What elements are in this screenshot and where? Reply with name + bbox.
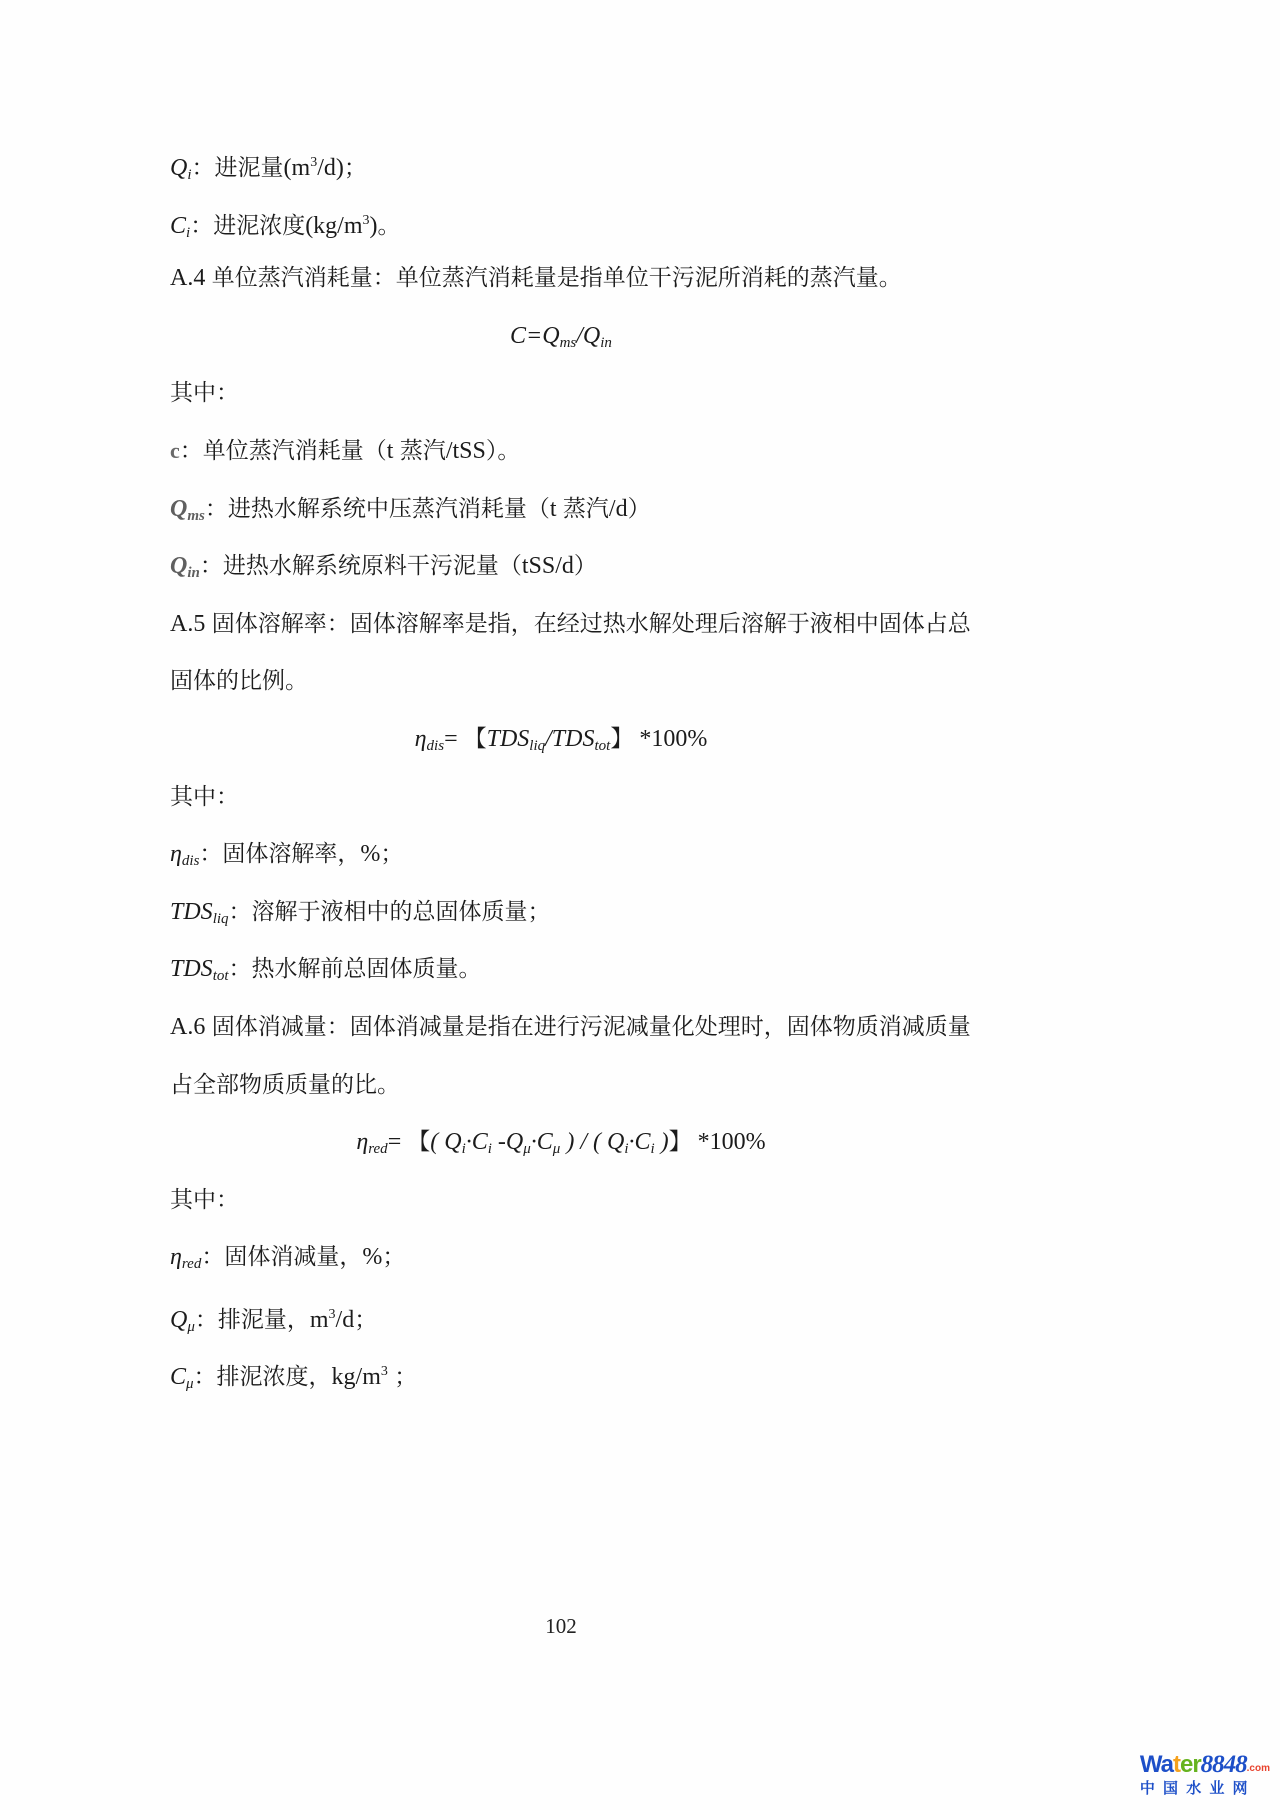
text-segment: η [356,1129,368,1155]
text-segment: ·C [466,1129,488,1155]
text-line: TDStot：热水解前总固体质量。 [170,940,952,998]
text-segment: ：热水解前总固体质量。 [229,955,482,981]
text-segment: (kg/m [305,213,362,239]
text-segment: t [550,496,557,522]
text-segment: m [310,1307,329,1333]
logo-text-er: er [1180,1751,1201,1778]
text-segment: ：进泥量 [192,154,284,180]
text-segment: in [187,565,200,581]
text-segment: TDS [487,726,530,752]
logo-text-t: t [1173,1751,1180,1778]
document-page: Qi：进泥量(m3/d)；Ci：进泥浓度(kg/m3)。A.4 单位蒸汽消耗量：… [0,0,1280,1810]
text-segment: /tSS [446,438,486,464]
text-segment: 蒸汽 [393,437,445,463]
text-segment: % [360,841,380,867]
formula-line: ηdis= 【TDSliq/TDStot】 *100% [170,710,952,768]
text-segment: 】 [610,725,633,751]
text-segment: C=Q [510,323,560,349]
page-number: 102 [170,1614,952,1639]
text-segment: ）。 [486,437,521,463]
text-segment: ：排泥浓度， [194,1363,332,1389]
text-segment: 其中： [170,783,239,809]
text-segment: 占全部物质质量的比。 [170,1071,400,1097]
text-segment: A.6 [170,1014,205,1040]
text-line: 固体的比例。 [170,652,952,710]
text-line: 占全部物质质量的比。 [170,1056,952,1114]
text-segment: μ [187,1319,195,1335]
text-segment: A.5 [170,611,205,637]
text-segment: tot [213,968,229,984]
text-segment: liq [213,911,229,927]
text-segment: ； [388,1363,417,1389]
text-line: Qμ：排泥量，m3/d； [170,1286,952,1344]
text-segment: ：固体溶解率， [199,840,360,866]
text-segment: = [388,1129,408,1155]
text-segment: Q [170,496,187,522]
text-segment: ：排泥量， [195,1306,310,1332]
text-line: Qms：进热水解系统中压蒸汽消耗量（t 蒸汽/d） [170,480,952,538]
text-line: Qin：进热水解系统原料干污泥量（tSS/d） [170,537,952,595]
text-segment: ) [655,1129,669,1155]
document-body: Qi：进泥量(m3/d)；Ci：进泥浓度(kg/m3)。A.4 单位蒸汽消耗量：… [170,134,952,1401]
text-segment: TDS [170,956,213,982]
text-segment: 】 [669,1128,692,1154]
text-segment: c [170,438,180,463]
text-line: A.4 单位蒸汽消耗量：单位蒸汽消耗量是指单位干污泥所消耗的蒸汽量。 [170,249,952,307]
text-segment: 其中： [170,1186,239,1212]
text-line: TDSliq：溶解于液相中的总固体质量； [170,883,952,941]
text-segment: /d [609,496,628,522]
text-segment: red [368,1141,387,1157]
text-segment: C [170,1364,186,1390]
text-segment: 固体的比例。 [170,667,308,693]
text-segment: ） [628,495,651,521]
text-line: Ci：进泥浓度(kg/m3)。 [170,192,952,250]
text-segment: μ [523,1141,531,1157]
text-segment: Q [170,1307,187,1333]
text-segment: (m [284,155,311,181]
text-segment: ：溶解于液相中的总固体质量； [229,898,551,924]
formula-line: C=Qms/Qin [170,307,952,365]
text-segment: ； [382,1243,405,1269]
text-line: 其中： [170,1171,952,1229]
text-segment: red [182,1256,201,1272]
logo-text-com: .com [1247,1763,1270,1774]
text-segment: ； [344,154,367,180]
logo-wordmark: Water8848.com [1140,1752,1270,1777]
text-segment: 3 [363,213,370,228]
text-segment: μ [186,1376,194,1392]
text-segment: ) / ( Q [560,1129,624,1155]
text-segment: /Q [576,323,600,349]
text-segment: *100% [633,726,707,752]
text-segment: 单位蒸汽消耗量：单位蒸汽消耗量是指单位干污泥所消耗的蒸汽量。 [205,264,901,290]
text-segment: ：单位蒸汽消耗量（ [180,437,387,463]
water8848-logo: Water8848.com 中 国 水 业 网 [1140,1752,1270,1796]
text-segment: η [170,1244,182,1270]
text-segment: ms [560,335,577,351]
text-segment: Q [170,553,187,579]
text-segment: ； [380,840,403,866]
text-segment: 3 [329,1307,336,1322]
text-segment: ) [370,213,378,239]
text-segment: /d [336,1307,355,1333]
text-segment: 。 [378,212,401,238]
text-segment: ； [354,1306,377,1332]
text-segment: Q [170,155,187,181]
text-segment: 【 [407,1128,430,1154]
text-segment: in [600,335,612,351]
text-segment: η [415,726,427,752]
text-segment: ：进泥浓度 [190,212,305,238]
text-segment: kg/m [332,1364,381,1390]
text-segment: *100% [692,1129,766,1155]
text-segment: 固体消减量：固体消减量是指在进行污泥减量化处理时，固体物质消减质量 [205,1013,970,1039]
text-segment: 其中： [170,379,239,405]
text-segment: ） [574,552,597,578]
text-segment: ：进热水解系统原料干污泥量（ [200,552,522,578]
text-segment: dis [427,738,445,754]
text-segment: η [170,841,182,867]
text-segment: ：固体消减量， [201,1243,362,1269]
text-segment: A.4 [170,265,205,291]
text-segment: 蒸汽 [557,495,609,521]
text-segment: tot [595,738,611,754]
text-segment: ·C [628,1129,650,1155]
text-segment: C [170,213,186,239]
text-segment: 固体溶解率：固体溶解率是指，在经过热水解处理后溶解于液相中固体占总 [205,610,970,636]
logo-tagline: 中 国 水 业 网 [1140,1781,1270,1796]
text-line: Qi：进泥量(m3/d)； [170,134,952,192]
text-segment: /d) [317,155,344,181]
text-line: Cμ：排泥浓度，kg/m3 ； [170,1343,952,1401]
text-segment: ：进热水解系统中压蒸汽消耗量（ [205,495,550,521]
text-segment: 【 [464,725,487,751]
text-segment: % [362,1244,382,1270]
text-line: A.6 固体消减量：固体消减量是指在进行污泥减量化处理时，固体物质消减质量 [170,998,952,1056]
text-segment: liq [529,738,545,754]
text-segment: ms [187,508,205,524]
text-segment: = [444,726,464,752]
text-line: ηdis：固体溶解率，%； [170,825,952,883]
text-segment: dis [182,853,200,869]
text-line: ηred：固体消减量，%； [170,1228,952,1286]
text-segment: TDS [170,899,213,925]
text-segment: ( Q [430,1129,461,1155]
text-segment: tSS/d [522,553,574,579]
text-segment: /TDS [545,726,594,752]
text-line: 其中： [170,768,952,826]
text-line: c：单位蒸汽消耗量（t 蒸汽/tSS）。 [170,422,952,480]
formula-line: ηred= 【( Qi·Ci -Qμ·Cμ ) / ( Qi·Ci )】 *10… [170,1113,952,1171]
logo-text-wa: Wa [1140,1751,1173,1778]
text-segment: ·C [531,1129,553,1155]
text-line: A.5 固体溶解率：固体溶解率是指，在经过热水解处理后溶解于液相中固体占总 [170,595,952,653]
text-segment: 3 [381,1364,388,1379]
text-line: 其中： [170,364,952,422]
text-segment: -Q [492,1129,523,1155]
logo-text-8848: 8848 [1201,1751,1247,1778]
